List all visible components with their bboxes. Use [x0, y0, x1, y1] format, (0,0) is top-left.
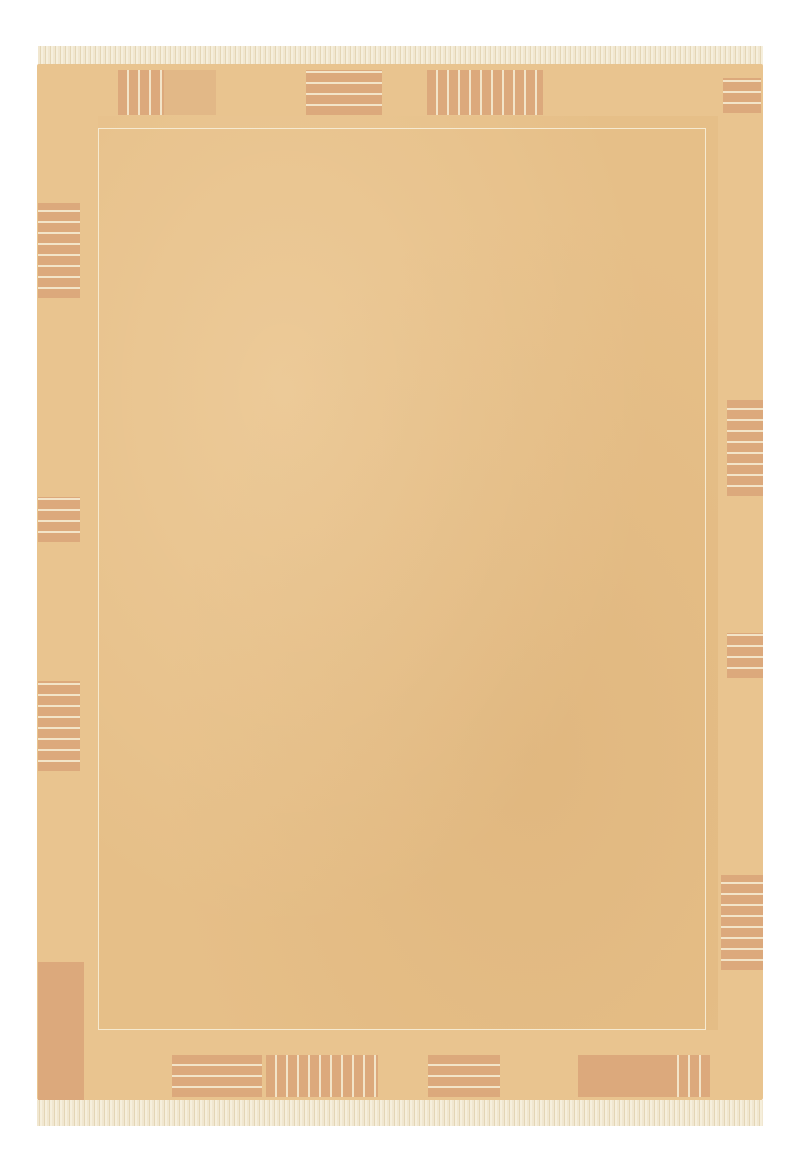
border-motif — [727, 633, 763, 678]
border-motif — [578, 1055, 668, 1097]
border-motif — [38, 681, 80, 771]
border-motif — [306, 70, 382, 115]
inner-border-line — [98, 128, 706, 1030]
border-motif — [727, 400, 763, 496]
border-motif — [38, 497, 80, 542]
border-motif — [172, 1055, 262, 1097]
border-motif — [723, 78, 761, 113]
border-motif — [38, 962, 84, 1100]
border-motif — [668, 1055, 710, 1097]
border-motif — [164, 70, 216, 115]
border-motif — [118, 70, 164, 115]
border-motif — [428, 1055, 500, 1097]
border-motif — [427, 70, 543, 115]
border-motif — [721, 875, 763, 970]
bottom-fringe — [37, 1100, 763, 1126]
border-motif — [266, 1055, 378, 1097]
border-motif — [38, 203, 80, 298]
